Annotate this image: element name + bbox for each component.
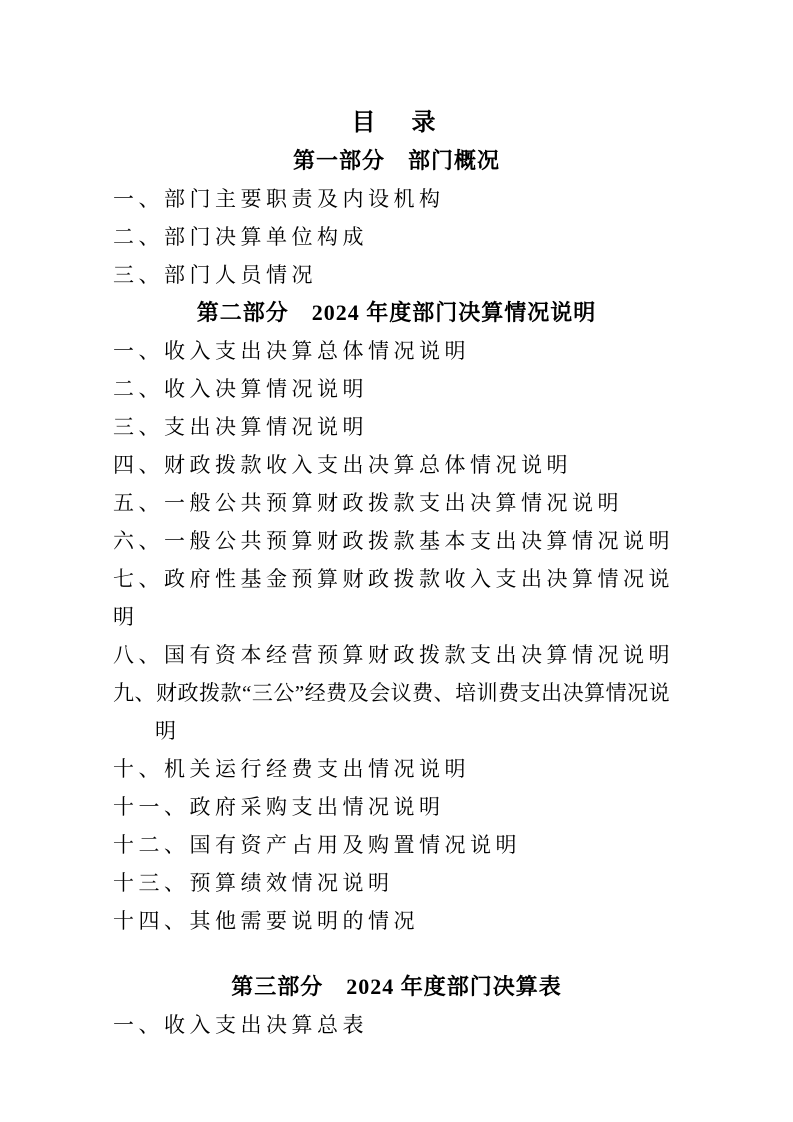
toc-title: 目 录 — [113, 104, 680, 142]
toc-item: 四、财政拨款收入支出决算总体情况说明 — [113, 446, 680, 484]
toc-item: 八、国有资本经营预算财政拨款支出决算情况说明 — [113, 636, 680, 674]
toc-item: 一、收入支出决算总体情况说明 — [113, 332, 680, 370]
toc-item: 六、一般公共预算财政拨款基本支出决算情况说明 — [113, 522, 680, 560]
toc-item: 二、收入决算情况说明 — [113, 370, 680, 408]
toc-item: 十四、其他需要说明的情况 — [113, 902, 680, 940]
toc-item: 三、支出决算情况说明 — [113, 408, 680, 446]
document-page: 目 录 第一部分 部门概况一、部门主要职责及内设机构二、部门决算单位构成三、部门… — [0, 0, 793, 1122]
toc-item-line: 九、财政拨款“三公”经费及会议费、培训费支出决算情况说 — [113, 674, 680, 712]
toc-item: 十、机关运行经费支出情况说明 — [113, 750, 680, 788]
toc-item-line: 明 — [113, 712, 680, 750]
toc-item: 二、部门决算单位构成 — [113, 218, 680, 256]
toc-sections: 第一部分 部门概况一、部门主要职责及内设机构二、部门决算单位构成三、部门人员情况… — [113, 142, 680, 1044]
toc-item: 十三、预算绩效情况说明 — [113, 864, 680, 902]
toc-item: 十二、国有资产占用及购置情况说明 — [113, 826, 680, 864]
toc-item: 一、收入支出决算总表 — [113, 1006, 680, 1044]
toc-item: 十一、政府采购支出情况说明 — [113, 788, 680, 826]
toc-item: 五、一般公共预算财政拨款支出决算情况说明 — [113, 484, 680, 522]
section-heading: 第二部分 2024 年度部门决算情况说明 — [113, 294, 680, 332]
toc-item: 七、政府性基金预算财政拨款收入支出决算情况说明 — [113, 560, 680, 636]
toc-item: 九、财政拨款“三公”经费及会议费、培训费支出决算情况说明 — [113, 674, 680, 750]
toc-item: 一、部门主要职责及内设机构 — [113, 180, 680, 218]
section-heading: 第三部分 2024 年度部门决算表 — [113, 968, 680, 1006]
section-heading: 第一部分 部门概况 — [113, 142, 680, 180]
toc-item: 三、部门人员情况 — [113, 256, 680, 294]
